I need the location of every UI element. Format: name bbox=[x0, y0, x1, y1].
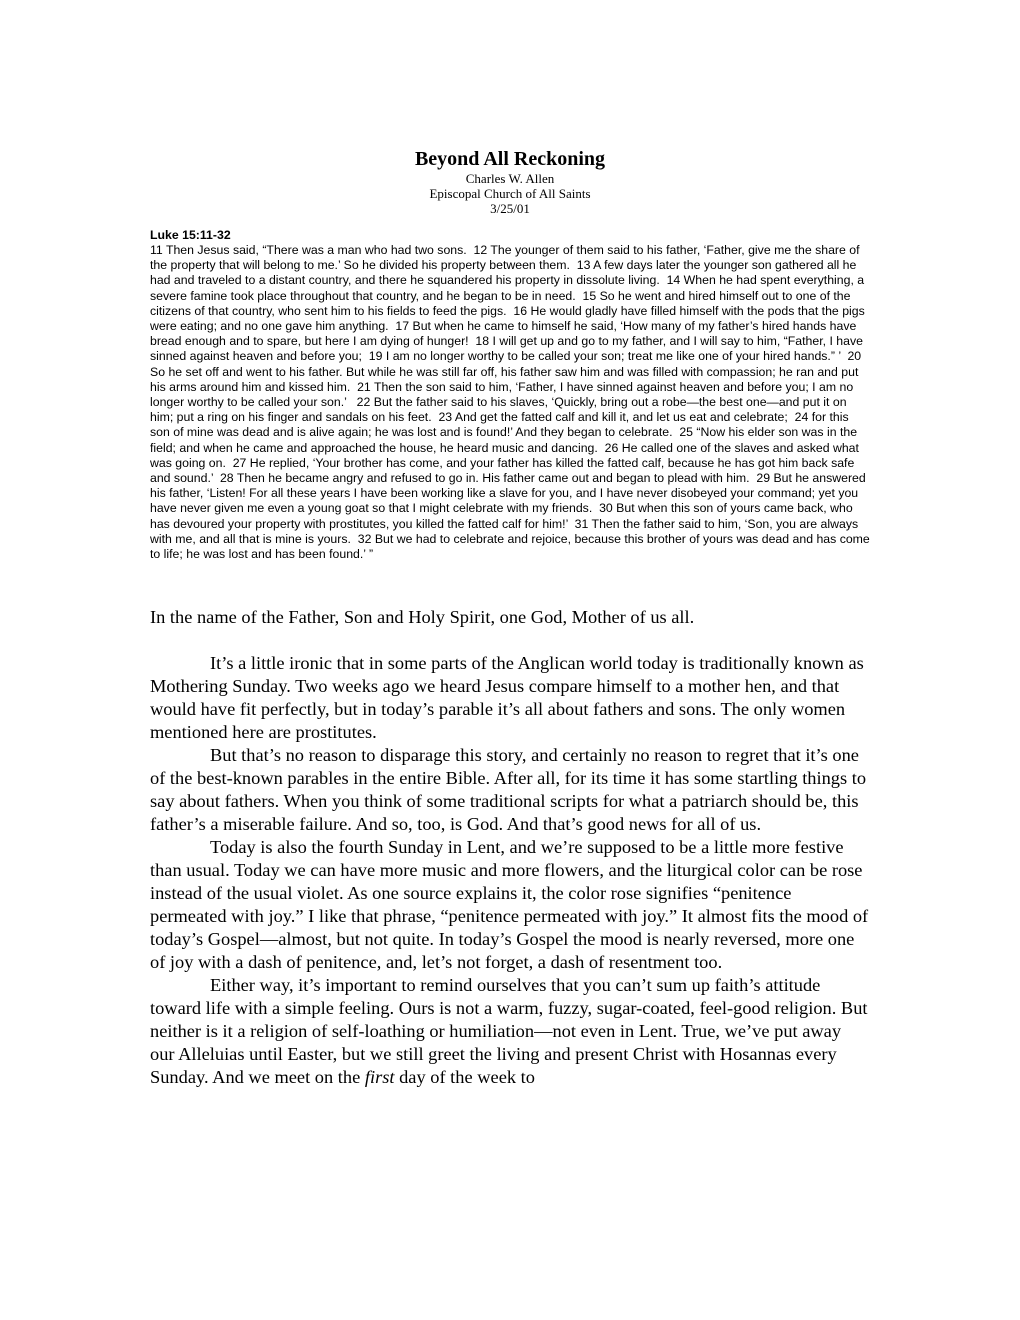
document-title: Beyond All Reckoning bbox=[150, 147, 870, 171]
sermon-paragraph: It’s a little ironic that in some parts … bbox=[150, 652, 870, 744]
document-page: Beyond All Reckoning Charles W. Allen Ep… bbox=[0, 0, 1020, 1320]
sermon-invocation-paragraph: In the name of the Father, Son and Holy … bbox=[150, 606, 870, 629]
scripture-passage-text: 11 Then Jesus said, “There was a man who… bbox=[150, 243, 870, 562]
date-line: 3/25/01 bbox=[150, 201, 870, 216]
author-line: Charles W. Allen bbox=[150, 171, 870, 186]
church-line: Episcopal Church of All Saints bbox=[150, 186, 870, 201]
scripture-section: Luke 15:11-32 11 Then Jesus said, “There… bbox=[150, 228, 870, 562]
sermon-body: In the name of the Father, Son and Holy … bbox=[150, 606, 870, 1089]
sermon-italic-word: first bbox=[365, 1067, 395, 1087]
sermon-paragraph: Either way, it’s important to remind our… bbox=[150, 974, 870, 1089]
sermon-paragraph: But that’s no reason to disparage this s… bbox=[150, 744, 870, 836]
document-header: Beyond All Reckoning Charles W. Allen Ep… bbox=[150, 147, 870, 216]
sermon-paragraph: Today is also the fourth Sunday in Lent,… bbox=[150, 836, 870, 974]
scripture-reference: Luke 15:11-32 bbox=[150, 228, 870, 243]
sermon-paragraph-text: day of the week to bbox=[395, 1067, 535, 1087]
